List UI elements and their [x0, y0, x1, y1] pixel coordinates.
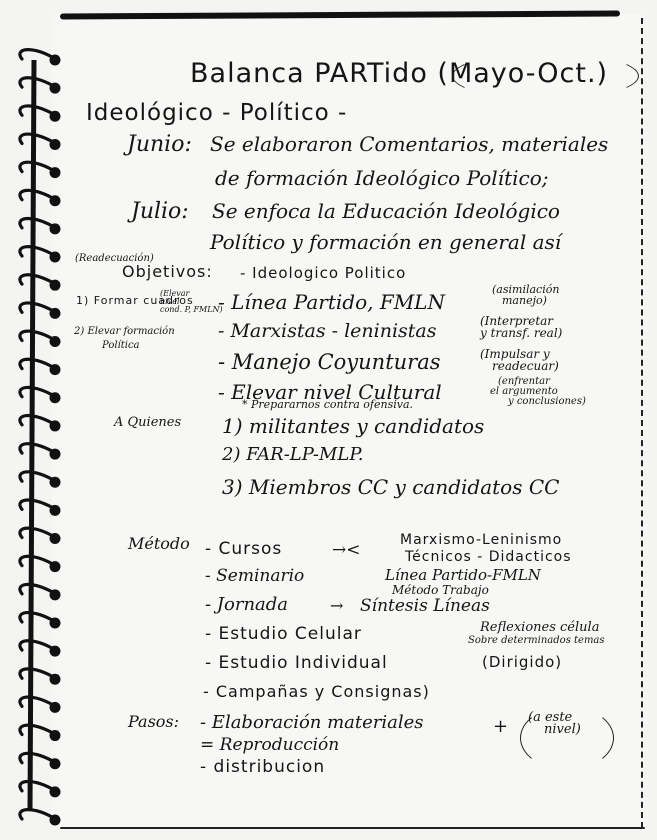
a-quienes-item-1-text: militantes y candidatos [249, 414, 484, 438]
metodo-seminario-branch-2: Método Trabajo [392, 583, 489, 597]
a-quienes-label: A Quienes [114, 418, 181, 428]
entry-julio-line2: Político y formación en general así [210, 230, 561, 254]
objective-item-1-note-line2: manejo) [492, 295, 559, 306]
objective-item-3: - Manejo Coyunturas [218, 350, 441, 374]
a-quienes-item-2-text: FAR-LP-MLP. [246, 444, 363, 465]
a-quienes-item-3: 3) Miembros CC y candidatos CC [222, 475, 559, 499]
objective-item-3-note-line2: readecuar) [480, 360, 559, 372]
objective-item-2-note-line2: y transf. real) [480, 327, 562, 339]
objective-2-num: 2) [74, 326, 84, 337]
objective-item-2: - Marxistas - leninistas [218, 320, 437, 342]
entry-julio-line1: Se enfoca la Educación Ideológico [212, 199, 560, 223]
metodo-jornada-arrow: → [330, 596, 343, 615]
pasos-item-2: = Reproducción [200, 735, 339, 755]
objective-2-text2: Política [102, 341, 140, 351]
spiral-binding-icon [0, 0, 70, 840]
metodo-seminario-branch-1: Línea Partido-FMLN [385, 566, 541, 584]
objective-item-1: - Línea Partido, FMLN [218, 290, 445, 314]
entry-label-junio: Junio: [127, 132, 192, 157]
entry-junio-line1: Se elaboraron Comentarios, materiales [210, 132, 608, 156]
pasos-item-1: - Elaboración materiales [200, 712, 424, 733]
metodo-label: Método [128, 534, 190, 553]
a-quienes-item-3-num: 3) [222, 475, 243, 499]
metodo-item-estudio-celular: - Estudio Celular [205, 624, 362, 644]
objetivos-label: Objetivos: [122, 262, 213, 281]
objective-item-4-note: (enfrentar el argumento y conclusiones) [490, 377, 586, 407]
metodo-item-campanas: - Campañas y Consignas) [203, 682, 430, 701]
objective-item-2-note: (Interpretar y transf. real) [480, 315, 562, 339]
a-quienes-item-3-text: Miembros CC y candidatos CC [249, 475, 560, 499]
page-bottom-edge [60, 827, 645, 829]
entry-junio-line2: de formación Ideológico Político; [215, 166, 548, 190]
a-quienes-item-2-num: 2) [222, 444, 240, 465]
section-heading: Ideológico - Político - [86, 100, 347, 126]
metodo-item-cursos: - Cursos [205, 539, 282, 559]
a-quienes-item-1: 1) militantes y candidatos [222, 414, 484, 438]
metodo-individual-branch-1: (Dirigido) [482, 653, 562, 671]
objective-item-1-note: (asimilación manejo) [492, 284, 559, 306]
entry-label-julio: Julio: [131, 199, 189, 224]
title-parenthesis [452, 52, 639, 100]
page-right-edge [641, 18, 643, 828]
objective-2-label: 2) Elevar formación [74, 327, 175, 337]
metodo-item-seminario: - Seminario [205, 566, 304, 586]
a-quienes-item-2: 2) FAR-LP-MLP. [222, 444, 364, 465]
metodo-cursos-branch-2: Técnicos - Didacticos [405, 549, 572, 565]
metodo-celular-branch-2: Sobre determinados temas [468, 636, 605, 645]
objetivos-heading: - Ideologico Politico [240, 264, 406, 282]
objective-2-text: Elevar formación [87, 326, 174, 337]
metodo-jornada-branch-1: Síntesis Líneas [360, 596, 490, 616]
metodo-cursos-branch-1: Marxismo-Leninismo [400, 532, 562, 548]
objective-footnote: * Prepararnos contra ofensiva. [242, 400, 413, 410]
objective-item-3-note: (Impulsar y readecuar) [480, 348, 559, 372]
pasos-item-1-plus: + [493, 716, 508, 737]
metodo-item-estudio-individual: - Estudio Individual [205, 653, 388, 673]
objective-item-4-note-line3: y conclusiones) [490, 397, 586, 407]
metodo-celular-branch-1: Reflexiones célula [480, 620, 599, 635]
metodo-item-cursos-arrow: →< [332, 540, 361, 560]
objective-1-num: 1) [76, 294, 89, 307]
objective-1-note-line3: cond. P, FMLN) [160, 306, 223, 314]
pasos-label: Pasos: [128, 712, 179, 731]
a-quienes-item-1-num: 1) [222, 414, 243, 438]
metodo-item-jornada: - Jornada [205, 594, 288, 615]
pasos-item-3: - distribucion [200, 757, 325, 777]
paso-note-bracket [520, 706, 614, 770]
objective-1-note: (Elevar nivel cond. P, FMLN) [160, 290, 223, 314]
